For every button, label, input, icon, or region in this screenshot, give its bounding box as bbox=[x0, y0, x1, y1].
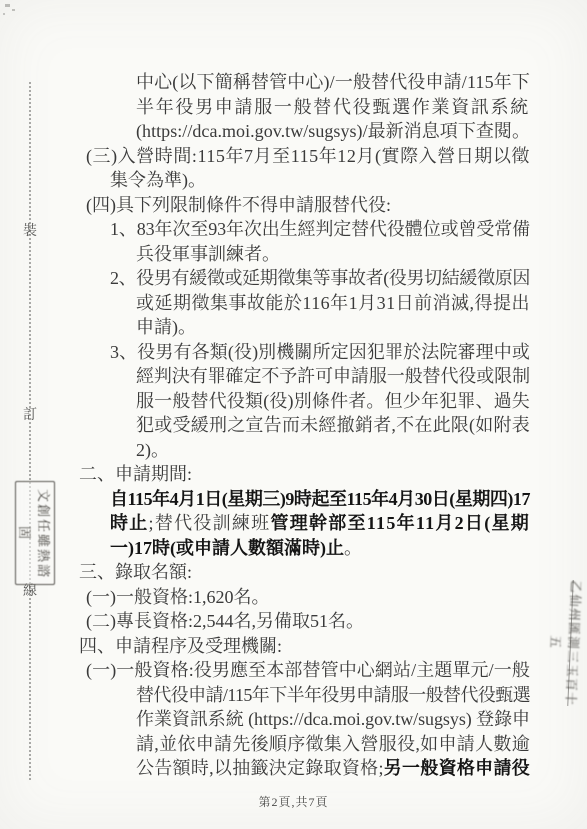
doc-line: 自115年4月1日(星期三)9時起至115年4月30日(星期四)17 bbox=[110, 487, 587, 512]
doc-line: 一)17時(或申請人數額滿時)止。 bbox=[110, 536, 587, 561]
doc-text-bold: 另一般資格申請役 bbox=[384, 758, 530, 778]
doc-line: (四)具下列限制條件不得申請服替代役: bbox=[86, 193, 587, 218]
doc-line: 作業資訊系統 (https://dca.moi.gov.tw/sugsys) 登… bbox=[136, 707, 587, 732]
doc-line: 三、錄取名額: bbox=[79, 560, 587, 585]
doc-line: 服一般替代役類(役)別條件者。但少年犯罪、過失 bbox=[136, 389, 587, 414]
doc-line: 2、役男有緩徵或延期徵集等事故者(役男切結緩徵原因 bbox=[110, 266, 587, 291]
doc-text: (二)專長資格:2,544名,另備取51名。 bbox=[86, 611, 364, 631]
doc-text: 2)。 bbox=[136, 440, 169, 460]
doc-line: 半年役男申請服一般替代役甄選作業資訊系統 bbox=[136, 95, 587, 120]
document-body: 中心(以下簡稱替管中心)/一般替代役申請/115年下半年役男申請服一般替代役甄選… bbox=[0, 70, 587, 781]
doc-line: 申請)。 bbox=[136, 315, 587, 340]
doc-text: 1、83年次至93年次出生經判定替代役體位或曾受常備 bbox=[110, 219, 530, 239]
doc-line: (https://dca.moi.gov.tw/sugsys)/最新消息項下查閱… bbox=[136, 119, 587, 144]
doc-text: 。 bbox=[344, 538, 362, 558]
doc-line: 2)。 bbox=[136, 438, 587, 463]
doc-text: 申請)。 bbox=[136, 317, 196, 337]
doc-line: (一)一般資格:1,620名。 bbox=[86, 585, 587, 610]
doc-line: 公告額時,以抽籤決定錄取資格;另一般資格申請役 bbox=[136, 756, 587, 781]
doc-line: 犯或受緩刑之宣告而未經撤銷者,不在此限(如附表 bbox=[136, 413, 587, 438]
doc-text: 公告額時,以抽籤決定錄取資格; bbox=[136, 758, 384, 778]
doc-text: 集令為準)。 bbox=[110, 170, 206, 190]
scan-speck bbox=[5, 4, 10, 7]
doc-line: 替代役申請/115年下半年役男申請服一般替代役甄選 bbox=[136, 683, 587, 708]
doc-line: (一)一般資格:役男應至本部替管中心網站/主題單元/一般 bbox=[86, 658, 587, 683]
doc-text: 犯或受緩刑之宣告而未經撤銷者,不在此限(如附表 bbox=[136, 415, 530, 435]
doc-text: 作業資訊系統 (https://dca.moi.gov.tw/sugsys) 登… bbox=[136, 709, 530, 729]
page-number-footer: 第2頁,共7頁 bbox=[0, 793, 587, 810]
doc-text: 中心(以下簡稱替管中心)/一般替代役申請/115年下 bbox=[136, 72, 530, 92]
doc-line: 或延期徵集事故能於116年1月31日前消滅,得提出 bbox=[136, 291, 587, 316]
doc-line: 經判決有罪確定不予許可申請服一般替代役或限制 bbox=[136, 364, 587, 389]
doc-text: 服一般替代役類(役)別條件者。但少年犯罪、過失 bbox=[136, 391, 530, 411]
doc-text: 二、申請期間: bbox=[79, 464, 192, 484]
doc-text-bold: 一)17時(或申請人數額滿時)止 bbox=[110, 538, 344, 558]
doc-line: 時止;替代役訓練班管理幹部至115年11月2日(星期 bbox=[110, 511, 587, 536]
doc-line: 中心(以下簡稱替管中心)/一般替代役申請/115年下 bbox=[136, 70, 587, 95]
doc-text: 三、錄取名額: bbox=[79, 562, 192, 582]
doc-text: ;替代役訓練班 bbox=[149, 513, 271, 533]
doc-text: 替代役申請/115年下半年役男申請服一般替代役甄選 bbox=[136, 685, 530, 705]
doc-text: 經判決有罪確定不予許可申請服一般替代役或限制 bbox=[136, 366, 530, 386]
doc-line: (三)入營時間:115年7月至115年12月(實際入營日期以徵 bbox=[86, 144, 587, 169]
doc-text: (https://dca.moi.gov.tw/sugsys)/最新消息項下查閱… bbox=[136, 121, 530, 141]
doc-text: 或延期徵集事故能於116年1月31日前消滅,得提出 bbox=[136, 293, 530, 313]
doc-text: 請,並依申請先後順序徵集入營服役,如申請人數逾 bbox=[136, 734, 530, 754]
doc-line: 3、役男有各類(役)別機關所定因犯罪於法院審理中或 bbox=[110, 340, 587, 365]
scan-speck bbox=[3, 13, 5, 15]
doc-text: (三)入營時間:115年7月至115年12月(實際入營日期以徵 bbox=[86, 146, 530, 166]
doc-text: 3、役男有各類(役)別機關所定因犯罪於法院審理中或 bbox=[110, 342, 530, 362]
doc-text-bold: 時止 bbox=[110, 513, 149, 533]
doc-text: 2、役男有緩徵或延期徵集等事故者(役男切結緩徵原因 bbox=[110, 268, 530, 288]
doc-text: (一)一般資格:役男應至本部替管中心網站/主題單元/一般 bbox=[86, 660, 530, 680]
doc-line: 四、申請程序及受理機關: bbox=[79, 634, 587, 659]
scan-speck bbox=[12, 9, 15, 11]
doc-line: (二)專長資格:2,544名,另備取51名。 bbox=[86, 609, 587, 634]
doc-line: 集令為準)。 bbox=[110, 168, 587, 193]
doc-line: 二、申請期間: bbox=[79, 462, 587, 487]
doc-text-bold: 自115年4月1日(星期三)9時起至115年4月30日(星期四)17 bbox=[110, 489, 530, 509]
doc-text: 四、申請程序及受理機關: bbox=[79, 636, 282, 656]
doc-text: (四)具下列限制條件不得申請服替代役: bbox=[86, 195, 391, 215]
doc-text: 半年役男申請服一般替代役甄選作業資訊系統 bbox=[136, 97, 530, 117]
doc-line: 兵役軍事訓練者。 bbox=[136, 242, 587, 267]
doc-text: (一)一般資格:1,620名。 bbox=[86, 587, 270, 607]
doc-line: 1、83年次至93年次出生經判定替代役體位或曾受常備 bbox=[110, 217, 587, 242]
doc-text: 兵役軍事訓練者。 bbox=[136, 244, 280, 264]
doc-line: 請,並依申請先後順序徵集入營服役,如申請人數逾 bbox=[136, 732, 587, 757]
doc-text-bold: 管理幹部至115年11月2日(星期 bbox=[270, 513, 530, 533]
